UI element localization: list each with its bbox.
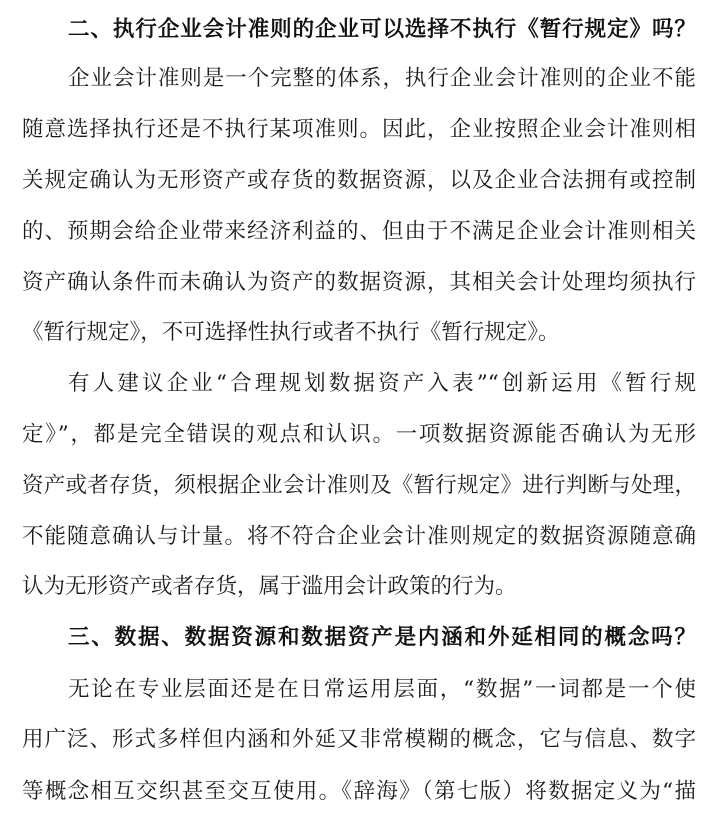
section-heading-3: 三、数据、数据资源和数据资产是内涵和外延相同的概念吗？ xyxy=(68,623,696,653)
document-page: 二、执行企业会计准则的企业可以选择不执行《暂行规定》吗？ 企业会计准则是一个完整… xyxy=(0,0,722,821)
paragraph-line: 无论在专业层面还是在日常运用层面，“数据”一词都是一个使 xyxy=(68,675,696,705)
paragraph-line: 关规定确认为无形资产或存货的数据资源，以及企业合法拥有或控制 xyxy=(22,166,696,196)
paragraph-line: 有人建议企业“合理规划数据资产入表”“创新运用《暂行规 xyxy=(68,369,696,399)
paragraph-line: 的、预期会给企业带来经济利益的、但由于不满足企业会计准则相关 xyxy=(22,217,696,247)
paragraph-line: 等概念相互交织甚至交互使用。《辞海》（第七版）将数据定义为“描 xyxy=(22,777,696,807)
section-heading-2: 二、执行企业会计准则的企业可以选择不执行《暂行规定》吗？ xyxy=(68,15,696,45)
paragraph-line: 不能随意确认与计量。将不符合企业会计准则规定的数据资源随意确 xyxy=(22,522,696,552)
paragraph-line: 企业会计准则是一个完整的体系，执行企业会计准则的企业不能 xyxy=(68,64,696,94)
paragraph-line: 随意选择执行还是不执行某项准则。因此，企业按照企业会计准则相 xyxy=(22,115,696,145)
paragraph-line: 资产或者存货，须根据企业会计准则及《暂行规定》进行判断与处理， xyxy=(22,471,696,501)
paragraph-line: 资产确认条件而未确认为资产的数据资源，其相关会计处理均须执行 xyxy=(22,268,696,298)
paragraph-line: 定》”，都是完全错误的观点和认识。一项数据资源能否确认为无形 xyxy=(22,420,696,450)
paragraph-line: 《暂行规定》，不可选择性执行或者不执行《暂行规定》。 xyxy=(22,318,696,348)
paragraph-line: 用广泛、形式多样但内涵和外延又非常模糊的概念，它与信息、数字 xyxy=(22,725,696,755)
paragraph-line: 认为无形资产或者存货，属于滥用会计政策的行为。 xyxy=(22,572,696,602)
